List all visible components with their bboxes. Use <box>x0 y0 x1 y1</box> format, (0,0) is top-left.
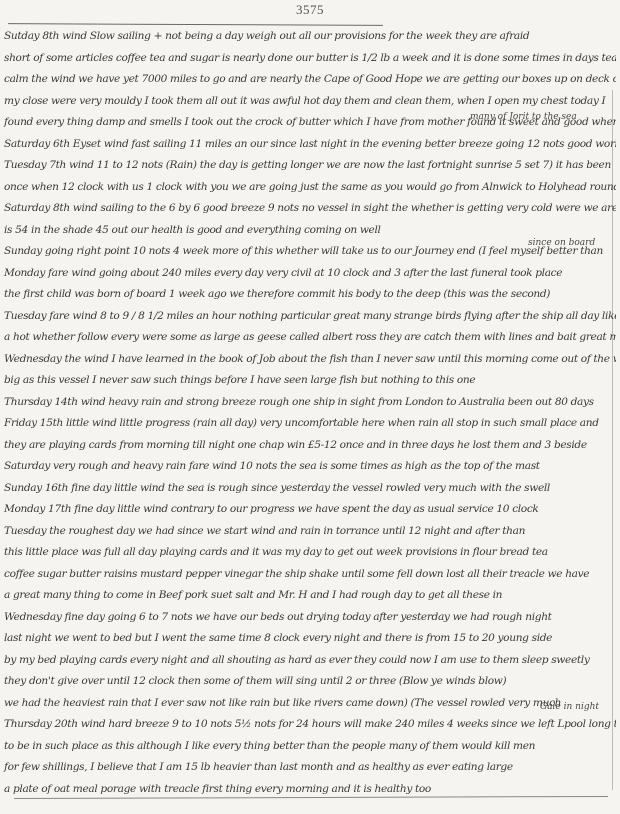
text-line: Monday 17th fine day little wind contrar… <box>0 499 616 521</box>
text-line: Thursday 20th wind hard breeze 9 to 10 n… <box>0 714 616 736</box>
handwritten-text-body: Sutday 8th wind Slow sailing + not being… <box>0 26 616 800</box>
text-line: they don't give over until 12 clock then… <box>0 671 616 693</box>
text-line: this little place was full all day playi… <box>0 542 616 564</box>
text-line: Tuesday 7th wind 11 to 12 nots (Rain) th… <box>0 155 616 177</box>
text-line: last night we went to bed but I went the… <box>0 628 616 650</box>
text-line: Sutday 8th wind Slow sailing + not being… <box>0 26 616 48</box>
interlinear-note: Gale in night <box>540 702 599 712</box>
text-line: Friday 15th little wind little progress … <box>0 413 616 435</box>
text-line: coffee sugar butter raisins mustard pepp… <box>0 564 616 586</box>
text-line: Sunday 16th fine day little wind the sea… <box>0 478 616 500</box>
text-line: the first child was born of board 1 week… <box>0 284 616 306</box>
text-line: Tuesday the roughest day we had since we… <box>0 521 616 543</box>
text-line: Thursday 14th wind heavy rain and strong… <box>0 392 616 414</box>
text-line: they are playing cards from morning till… <box>0 435 616 457</box>
text-line: short of some articles coffee tea and su… <box>0 48 616 70</box>
text-line: is 54 in the shade 45 out our health is … <box>0 220 616 242</box>
text-line: a hot whether follow every were some as … <box>0 327 616 349</box>
text-line: Saturday very rough and heavy rain fare … <box>0 456 616 478</box>
text-line: Saturday 6th Eyset wind fast sailing 11 … <box>0 134 616 156</box>
text-line: we had the heaviest rain that I ever saw… <box>0 693 616 715</box>
text-line: Monday fare wind going about 240 miles e… <box>0 263 616 285</box>
text-line: a great many thing to come in Beef pork … <box>0 585 616 607</box>
text-line: by my bed playing cards every night and … <box>0 650 616 672</box>
text-line: once when 12 clock with us 1 clock with … <box>0 177 616 199</box>
text-line: Sunday going right point 10 nots 4 week … <box>0 241 616 263</box>
text-line: to be in such place as this although I l… <box>0 736 616 758</box>
page-number: 3575 <box>0 2 620 18</box>
text-line: Tuesday fare wind 8 to 9 / 8 1/2 miles a… <box>0 306 616 328</box>
text-line: Saturday 8th wind sailing to the 6 by 6 … <box>0 198 616 220</box>
manuscript-page: 3575 Sutday 8th wind Slow sailing + not … <box>0 0 620 814</box>
interlinear-note: many of Jorit to the sea <box>470 112 577 122</box>
interlinear-note: since on board <box>528 238 595 248</box>
text-line: for few shillings, I believe that I am 1… <box>0 757 616 779</box>
text-line: calm the wind we have yet 7000 miles to … <box>0 69 616 91</box>
text-line: Wednesday the wind I have learned in the… <box>0 349 616 371</box>
text-line: Wednesday fine day going 6 to 7 nots we … <box>0 607 616 629</box>
text-line: my close were very mouldy I took them al… <box>0 91 616 113</box>
text-line: big as this vessel I never saw such thin… <box>0 370 616 392</box>
